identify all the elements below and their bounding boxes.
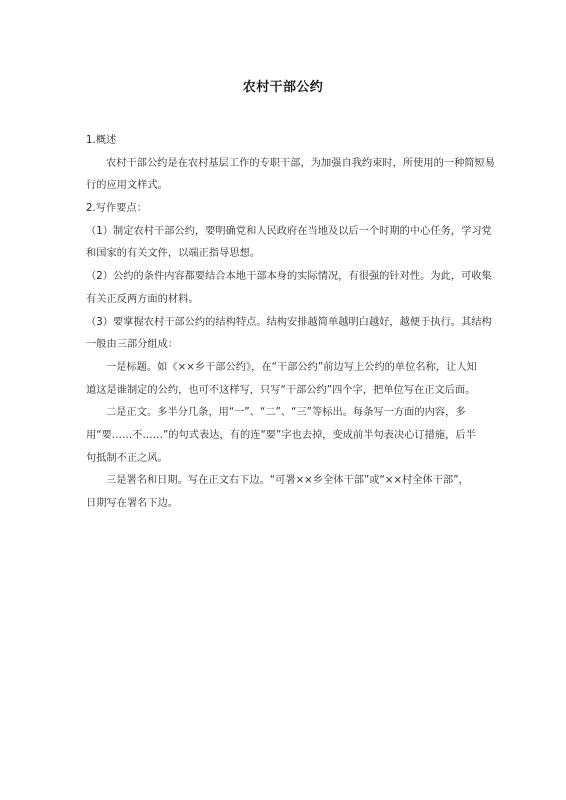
document-body: 1.概述 农村干部公约是在农村基层工作的专职干部，为加强自我约束时，所使用的一种… bbox=[86, 130, 486, 516]
paragraph-line: （3）要掌握农村干部公约的结构特点。结构安排越简单越明白越好，越便于执行。其结构 bbox=[86, 312, 486, 335]
paragraph-line: 用“要……不……”的句式表达，有的连“要”字也去掉，变成前半句表决心订措施，后半 bbox=[86, 425, 486, 448]
paragraph-line: 日期写在署名下边。 bbox=[86, 493, 486, 516]
paragraph-line: 句抵制不正之风。 bbox=[86, 448, 486, 471]
paragraph-line: 有关正反两方面的材料。 bbox=[86, 289, 486, 312]
paragraph-line: 一般由三部分组成： bbox=[86, 334, 486, 357]
paragraph-line: 农村干部公约是在农村基层工作的专职干部，为加强自我约束时，所使用的一种简短易 bbox=[86, 153, 486, 176]
paragraph-line: 一是标题。如《××乡干部公约》，在“干部公约”前边写上公约的单位名称，让人知 bbox=[86, 357, 486, 380]
heading-overview: 1.概述 bbox=[86, 130, 486, 153]
paragraph-line: 行的应用文样式。 bbox=[86, 175, 486, 198]
paragraph-line: 二是正文。多半分几条，用“一”、“二”、“三”等标出。每条写一方面的内容，多 bbox=[86, 402, 486, 425]
paragraph-line: （1）制定农村干部公约，要明确党和人民政府在当地及以后一个时期的中心任务，学习党 bbox=[86, 221, 486, 244]
paragraph-line: （2）公约的条件内容都要结合本地干部本身的实际情况，有很强的针对性。为此，可收集 bbox=[86, 266, 486, 289]
heading-writing-points: 2.写作要点： bbox=[86, 198, 486, 221]
paragraph-line: 和国家的有关文件，以端正指导思想。 bbox=[86, 243, 486, 266]
paragraph-line: 道这是谁制定的公约，也可不这样写，只写“干部公约”四个字，把单位写在正文后面。 bbox=[86, 380, 486, 403]
paragraph-line: 三是署名和日期。写在正文右下边。“可署××乡全体干部”或“××村全体干部”， bbox=[86, 470, 486, 493]
document-title: 农村干部公约 bbox=[0, 76, 566, 95]
document-page: 农村干部公约 1.概述 农村干部公约是在农村基层工作的专职干部，为加强自我约束时… bbox=[0, 0, 566, 800]
